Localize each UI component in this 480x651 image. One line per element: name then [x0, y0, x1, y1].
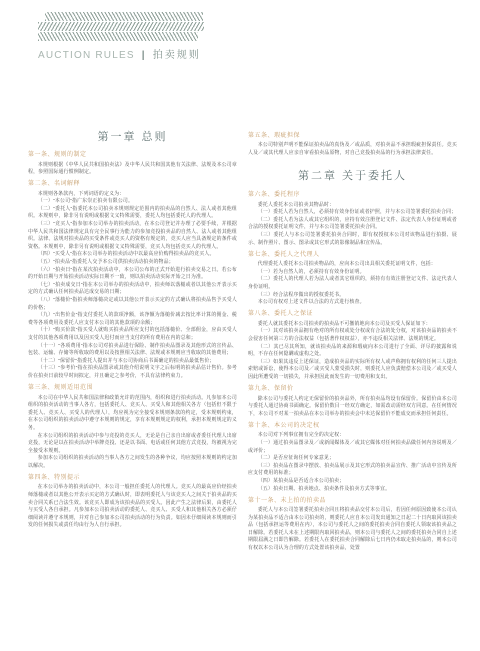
- left-column: 第一章 总则第一条、规则的制定本规则根据《中华人民共和国拍卖法》及中华人民共和国…: [28, 128, 237, 553]
- paragraph: （一）“本公司”指广东崇正拍卖有限公司。: [28, 198, 237, 206]
- paragraph: 本规则根据《中华人民共和国拍卖法》及中华人民共和国其他有关法律、法规及本公司章程…: [28, 162, 237, 177]
- paragraph: （七）“拍卖成交日”指在本公司举办的拍卖活动中，拍卖师以落槌或者以其他公开表示买…: [28, 282, 237, 297]
- paragraph: 委托人委托本公司拍卖其物品时：: [248, 202, 457, 210]
- chapter-title: 第一章 总则: [28, 130, 237, 144]
- paragraph: （二）委托人若为法人或其它组织的，应持有效注册登记文件、法定代表人身份证明或者合…: [248, 217, 457, 232]
- section-heading: 第十一条、未上拍的拍卖品: [248, 497, 457, 506]
- section-heading: 第二条、名词解释: [28, 180, 237, 189]
- document-page: { "header": { "brand_en": "AUCTION RULES…: [0, 0, 480, 651]
- paragraph: 本公司特别声明不能保证拍卖品的真伪及／或品质，对拍卖品不承担瑕疵担保责任。竞买人…: [248, 142, 457, 157]
- paragraph: （五）拍卖日期、拍卖地点、拍卖条件及拍卖方式等事宜。: [248, 486, 457, 494]
- paragraph: 委托人与本公司签署委托拍卖合同且将拍卖品交付本公司后，若因任何原因致使本公司认为…: [248, 507, 457, 553]
- paragraph: 本公司有权对上述文件以合法的方式进行核查。: [248, 299, 457, 307]
- paragraph: （一）通过拍卖品图录及／或新闻媒体及／或其它媒体对任何拍卖品做任何内容说明及／或…: [248, 440, 457, 455]
- paragraph: （九）“出售价金”指支付委托人的款项净额，该净额为落槌价减去按比率计算的佣金、税…: [28, 312, 237, 327]
- section-heading: 第十条、本公司的决定权: [248, 422, 457, 431]
- paragraph: （二）其已尽其所知，就该拍卖品的来源和瑕疵向本公司进行了全面、详尽的披露和说明，…: [248, 344, 457, 359]
- paragraph: （三）“竞买人”指参加本公司举办的拍卖活动，在本公司登记并办理了必要手续，并根据…: [28, 221, 237, 251]
- section-heading: 第七条、委托人之代理人: [248, 251, 457, 260]
- right-column: 第五条、瑕疵担保本公司特别声明不能保证拍卖品的真伪及／或品质，对拍卖品不承担瑕疵…: [248, 128, 457, 553]
- paragraph: （三）委托人与本公司签署委托拍卖合同时，即有权授权本公司对该物品进行拍摄、展示、…: [248, 232, 457, 247]
- paragraph: （三）如果其违反上述保证，造成拍卖品的实际所有权人或声称拥有权利的任何三人提出索…: [248, 359, 457, 382]
- paragraph: 本规则各条款内，下列词语的定义为：: [28, 191, 237, 199]
- paragraph: 在本公司举办的拍卖活动中，本公司一般担任委托人的代理人。竞买人的最高应价经拍卖师…: [28, 484, 237, 530]
- paragraph: 本公司在中华人民共和国法律和政策允许的范围内，组织和进行拍卖活动。凡参加本公司组…: [28, 395, 237, 433]
- paragraph: 本公司对下列事宜拥有完全的决定权：: [248, 432, 457, 440]
- brand-line: AUCTION RULES | 拍卖规则: [38, 46, 204, 61]
- section-heading: 第八条、委托人之保证: [248, 310, 457, 319]
- logo-stripe-band: [45, 12, 203, 21]
- section-heading: 第五条、瑕疵担保: [248, 132, 457, 141]
- section-heading: 第四条、特别提示: [28, 474, 237, 483]
- brand-divider: |: [142, 50, 146, 61]
- paragraph: 委托人就其委托本公司拍卖的拍卖品不可撤销地向本公司及买受人保证如下：: [248, 321, 457, 329]
- paragraph: （一）若为自然人的，必须持有有效身份证明。: [248, 269, 457, 277]
- paragraph: 参加本公司组织的拍卖活动的当事人各方之间发生的各种争议，均应按照本规则的约定加以…: [28, 455, 237, 470]
- document-body: 第一章 总则第一条、规则的制定本规则根据《中华人民共和国拍卖法》及中华人民共和国…: [28, 128, 457, 553]
- paragraph: （二）委托人的代理人若为法人或者其它组织的，须持有有效注册登记文件、法定代表人身…: [248, 276, 457, 291]
- paragraph: （十）“购买价款”指买受人就购买拍卖品所应支付的包括落槌价、全部佣金，应由买受人…: [28, 327, 237, 342]
- section-heading: 第一条、规则的制定: [28, 151, 237, 160]
- logo-stripe-band: [38, 22, 204, 31]
- paragraph: （五）“拍卖品”指委托人交予本公司供拍卖活动拍卖的物品；: [28, 259, 237, 267]
- paragraph: （一）委托人若为自然人，必须持有效身份证或者护照，并与本公司签署委托拍卖合同；: [248, 209, 457, 217]
- paragraph: （六）“拍卖日”指在某次拍卖活动中，本公司公布的正式开始进行拍卖交易之日。若公布…: [28, 267, 237, 282]
- chapter-title: 第二章 关于委托人: [248, 169, 457, 183]
- paragraph: （二）是否应征询任何专家意见；: [248, 455, 457, 463]
- paragraph: （三）拍卖品在图录中摆放、拍卖品展示及其它形式的拍卖品宣传、推广活动中宣传及所应…: [248, 463, 457, 478]
- brand-header: AUCTION RULES | 拍卖规则: [38, 12, 204, 61]
- paragraph: 代理委托人委托本公司拍卖物品的，应向本公司出具相关委托证明文件，包括：: [248, 261, 457, 269]
- paragraph: （十二）“保留价”指委托人提出并与本公司协商后书面确定的拍卖品最低售价；: [28, 358, 237, 366]
- section-heading: 第三条、规则适用范围: [28, 384, 237, 393]
- paragraph: （二）“委托人”指委托本公司拍卖本规则规定范围内的拍卖品的自然人、法人或者其他组…: [28, 206, 237, 221]
- paragraph: （八）“落槌价”指拍卖师落槌决定或以其他公开表示买定的方式确认将拍卖品售予买受人…: [28, 297, 237, 312]
- paragraph: 在本公司组织的拍卖活动中参与竞投的竞买人，无论是自己亲自出席或者委任代理人出席竞…: [28, 433, 237, 456]
- paragraph: （四）某拍卖品是否适合本公司拍卖；: [248, 478, 457, 486]
- paragraph: （三）经合法程序做出的授权委托书。: [248, 292, 457, 300]
- logo-stripe-band: [38, 32, 198, 41]
- paragraph: （一）其对该拍卖品拥有绝对的所有权或处分权或有合法的处分权，对该拍卖品的拍卖不会…: [248, 328, 457, 343]
- logo-stripes-icon: [38, 12, 204, 41]
- brand-name-en: AUCTION RULES: [38, 50, 135, 61]
- brand-name-zh: 拍卖规则: [153, 50, 201, 61]
- section-heading: 第九条、保留价: [248, 385, 457, 394]
- section-heading: 第六条、委托程序: [248, 191, 457, 200]
- paragraph: 除本公司与委托人约定无保留价的拍卖品外，所有拍卖品均设有保留价。保留价由本公司与…: [248, 396, 457, 419]
- paragraph: （十一）“各项费用”指本公司对拍卖品进行保险、制作拍卖品图录及其他形式的宣传品、…: [28, 343, 237, 358]
- paragraph: （四）“买受人”指在本公司举办的拍卖活动中以最高应价购得拍卖品的竞买人。: [28, 251, 237, 259]
- paragraph: （十三）“参考价”指在拍卖品图录或其他介绍说明文字之后标明的拍卖品估计售价。参考…: [28, 365, 237, 380]
